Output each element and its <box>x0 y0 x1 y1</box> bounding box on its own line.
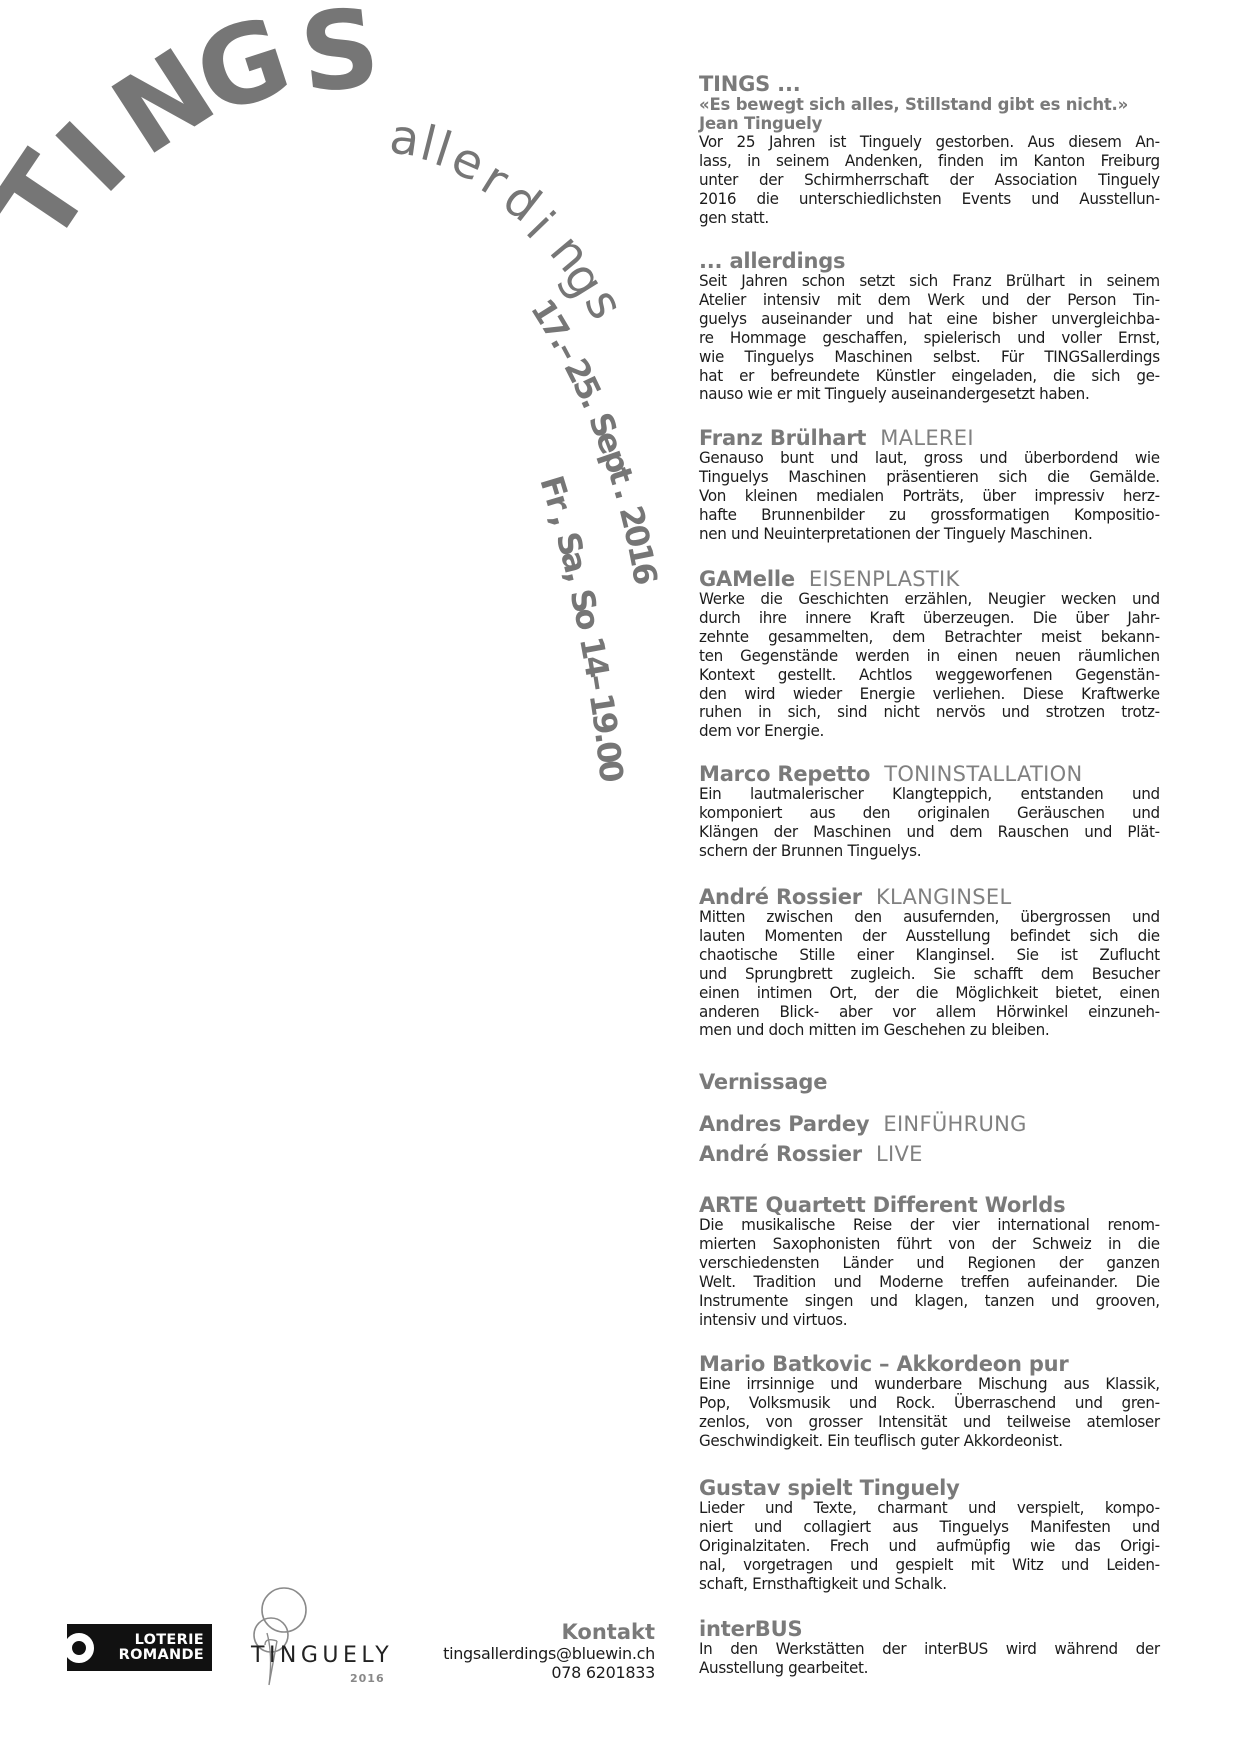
body-line: unter der Schirmherrschaft der Associati… <box>699 171 1160 190</box>
body-line: einen intimen Ort, der die Möglichkeit b… <box>699 984 1160 1003</box>
body-line: Tinguelys Maschinen präsentieren sich di… <box>699 468 1160 487</box>
body-line: verschiedensten Länder und Regionen der … <box>699 1254 1160 1273</box>
body-line: guelys auseinander und hat eine bisher u… <box>699 310 1160 329</box>
body-line: den wird wieder Energie verliehen. Diese… <box>699 685 1160 704</box>
tinguely-2016-logo: TINGUELY 2016 <box>239 1585 399 1695</box>
body-line: Atelier intensiv mit dem Werk und der Pe… <box>699 291 1160 310</box>
event-dates: 17.–25. Sept. 2016 <box>523 292 665 588</box>
artist-name: Marco Repetto <box>699 762 870 786</box>
body-line: ten Gegenstände werden in einen neuen rä… <box>699 647 1160 666</box>
section-allerdings: ... allerdings Seit Jahren schon setzt s… <box>699 250 1160 404</box>
section-body: Die musikalische Reise der vier internat… <box>699 1216 1160 1329</box>
section-heading: TINGS ... <box>699 73 1160 95</box>
section-body: Werke die Geschichten erzählen, Neugier … <box>699 590 1160 741</box>
entry-category: LIVE <box>876 1142 923 1166</box>
body-line: Ausstellung gearbeitet. <box>699 1659 1160 1678</box>
body-line: hat er befreundete Künstler eingeladen, … <box>699 367 1160 386</box>
body-line: re Hommage geschaffen, spielerisch und v… <box>699 329 1160 348</box>
section-heading: Mario Batkovic – Akkordeon pur <box>699 1353 1160 1375</box>
vernissage-entry: Andres PardeyEINFÜHRUNG <box>699 1113 1160 1135</box>
body-line: durch ihre innere Kraft überzeugen. Die … <box>699 609 1160 628</box>
loterie-ring-icon <box>64 1633 94 1663</box>
artist-category: MALEREI <box>880 426 974 450</box>
body-line: gen statt. <box>699 209 1160 228</box>
body-line: Originalzitaten. Frech und aufmüpfig wie… <box>699 1537 1160 1556</box>
artist-heading: GAMelleEISENPLASTIK <box>699 568 1160 590</box>
section-gustav: Gustav spielt Tinguely Lieder und Texte,… <box>699 1477 1160 1594</box>
body-line: Klängen der Maschinen und dem Rauschen u… <box>699 823 1160 842</box>
body-line: Instrumente singen und klagen, tanzen un… <box>699 1292 1160 1311</box>
body-line: Lieder und Texte, charmant und verspielt… <box>699 1499 1160 1518</box>
body-line: schaft, Ernsthaftigkeit und Schalk. <box>699 1575 1160 1594</box>
section-body: Eine irrsinnige und wunderbare Mischung … <box>699 1375 1160 1451</box>
body-line: chaotische Stille einer Klanginsel. Sie … <box>699 946 1160 965</box>
contact-block: Kontakt tingsallerdings@bluewin.ch 078 6… <box>443 1620 655 1682</box>
artist-category: TONINSTALLATION <box>884 762 1082 786</box>
contact-email[interactable]: tingsallerdings@bluewin.ch <box>443 1644 655 1663</box>
body-line: nauso wie er mit Tinguely auseinanderges… <box>699 385 1160 404</box>
body-line: Vor 25 Jahren ist Tinguely gestorben. Au… <box>699 133 1160 152</box>
loterie-romande-logo: LOTERIE ROMANDE <box>67 1624 212 1671</box>
artist-name: Franz Brülhart <box>699 426 866 450</box>
body-line: zehnte gesammelten, dem Betrachter meist… <box>699 628 1160 647</box>
section-heading: Vernissage <box>699 1071 1160 1093</box>
body-line: und Sprungbrett zugleich. Sie schafft de… <box>699 965 1160 984</box>
section-vernissage: Vernissage Andres PardeyEINFÜHRUNG André… <box>699 1071 1160 1165</box>
body-line: anderen Blick- aber vor allem Hörwinkel … <box>699 1003 1160 1022</box>
body-line: intensiv und virtuos. <box>699 1311 1160 1330</box>
section-heading: ... allerdings <box>699 250 1160 272</box>
section-rossier: André RossierKLANGINSEL Mitten zwischen … <box>699 886 1160 1040</box>
poster-page: TINGSallerdings17.–25. Sept. 2016Fr, Sa,… <box>0 0 1233 1750</box>
section-gamelle: GAMelleEISENPLASTIK Werke die Geschichte… <box>699 568 1160 741</box>
body-line: lass, in seinem Andenken, finden im Kant… <box>699 152 1160 171</box>
body-line: ruhen in sich, sind nicht nervös und str… <box>699 703 1160 722</box>
artist-heading: Franz BrülhartMALEREI <box>699 427 1160 449</box>
body-line: Werke die Geschichten erzählen, Neugier … <box>699 590 1160 609</box>
body-line: Genauso bunt und laut, gross und überbor… <box>699 449 1160 468</box>
body-line: komponiert aus den originalen Geräuschen… <box>699 804 1160 823</box>
entry-name: Andres Pardey <box>699 1112 869 1136</box>
artist-category: EISENPLASTIK <box>809 567 960 591</box>
artist-category: KLANGINSEL <box>876 885 1012 909</box>
body-line: Ein lautmalerischer Klangteppich, entsta… <box>699 785 1160 804</box>
body-line: Seit Jahren schon setzt sich Franz Brülh… <box>699 272 1160 291</box>
section-arte: ARTE Quartett Different Worlds Die musik… <box>699 1194 1160 1329</box>
body-line: men und doch mitten im Geschehen zu blei… <box>699 1021 1160 1040</box>
section-body: Lieder und Texte, charmant und verspielt… <box>699 1499 1160 1594</box>
entry-name: André Rossier <box>699 1142 862 1166</box>
body-line: Von kleinen medialen Porträts, über impr… <box>699 487 1160 506</box>
quote: «Es bewegt sich alles, Stillstand gibt e… <box>699 95 1160 114</box>
body-line: Welt. Tradition und Moderne treffen aufe… <box>699 1273 1160 1292</box>
section-body: Seit Jahren schon setzt sich Franz Brülh… <box>699 272 1160 404</box>
body-line: mierten Saxophonisten führt von der Schw… <box>699 1235 1160 1254</box>
artist-name: GAMelle <box>699 567 795 591</box>
body-line: Geschwindigkeit. Ein teuflisch guter Akk… <box>699 1432 1160 1451</box>
body-line: Kontext gestellt. Achtlos weggeworfenen … <box>699 666 1160 685</box>
section-batkovic: Mario Batkovic – Akkordeon pur Eine irrs… <box>699 1353 1160 1451</box>
artist-name: André Rossier <box>699 885 862 909</box>
body-line: nal, vorgetragen und gespielt mit Witz u… <box>699 1556 1160 1575</box>
section-heading: ARTE Quartett Different Worlds <box>699 1194 1160 1216</box>
body-line: niert und collagiert aus Tinguelys Manif… <box>699 1518 1160 1537</box>
title-art: TINGSallerdings17.–25. Sept. 2016Fr, Sa,… <box>0 0 720 900</box>
body-line: zenlos, von grosser Intensität und teilw… <box>699 1413 1160 1432</box>
body-line: lauten Momenten der Ausstellung befindet… <box>699 927 1160 946</box>
section-interbus: interBUS In den Werkstätten der interBUS… <box>699 1618 1160 1678</box>
tinguely-word: TINGUELY <box>251 1643 393 1668</box>
section-repetto: Marco RepettoTONINSTALLATION Ein lautmal… <box>699 763 1160 861</box>
body-line: schern der Brunnen Tinguelys. <box>699 842 1160 861</box>
body-line: In den Werkstätten der interBUS wird wäh… <box>699 1640 1160 1659</box>
title-tings: TINGS <box>0 0 385 265</box>
tinguely-year: 2016 <box>350 1672 385 1685</box>
body-line: Pop, Volksmusik und Rock. Überraschend u… <box>699 1394 1160 1413</box>
section-body: In den Werkstätten der interBUS wird wäh… <box>699 1640 1160 1678</box>
section-body: Genauso bunt und laut, gross und überbor… <box>699 449 1160 544</box>
artist-heading: André RossierKLANGINSEL <box>699 886 1160 908</box>
loterie-line2: ROMANDE <box>119 1648 204 1663</box>
quote-author: Jean Tinguely <box>699 114 1160 133</box>
section-heading: Gustav spielt Tinguely <box>699 1477 1160 1499</box>
entry-category: EINFÜHRUNG <box>883 1112 1026 1136</box>
vernissage-entry: André RossierLIVE <box>699 1143 1160 1165</box>
body-line: Die musikalische Reise der vier internat… <box>699 1216 1160 1235</box>
body-line: hafte Brunnenbilder zu grossformatigen K… <box>699 506 1160 525</box>
section-intro: TINGS ... «Es bewegt sich alles, Stillst… <box>699 73 1160 228</box>
title-allerdings: allerdings <box>386 108 634 327</box>
body-line: wie Tinguelys Maschinen selbst. Für TING… <box>699 348 1160 367</box>
section-bruelhart: Franz BrülhartMALEREI Genauso bunt und l… <box>699 427 1160 544</box>
section-body: Mitten zwischen den ausufernden, übergro… <box>699 908 1160 1040</box>
contact-heading: Kontakt <box>443 1620 655 1644</box>
body-line: 2016 die unterschiedlichsten Events und … <box>699 190 1160 209</box>
svg-text:0: 0 <box>591 758 631 784</box>
contact-phone[interactable]: 078 6201833 <box>443 1663 655 1682</box>
section-heading: interBUS <box>699 1618 1160 1640</box>
body-line: Mitten zwischen den ausufernden, übergro… <box>699 908 1160 927</box>
section-body: Vor 25 Jahren ist Tinguely gestorben. Au… <box>699 133 1160 228</box>
body-line: nen und Neuinterpretationen der Tinguely… <box>699 525 1160 544</box>
body-line: dem vor Energie. <box>699 722 1160 741</box>
section-body: Ein lautmalerischer Klangteppich, entsta… <box>699 785 1160 861</box>
body-line: Eine irrsinnige und wunderbare Mischung … <box>699 1375 1160 1394</box>
svg-text:S: S <box>295 0 385 118</box>
loterie-line1: LOTERIE <box>119 1633 204 1648</box>
artist-heading: Marco RepettoTONINSTALLATION <box>699 763 1160 785</box>
